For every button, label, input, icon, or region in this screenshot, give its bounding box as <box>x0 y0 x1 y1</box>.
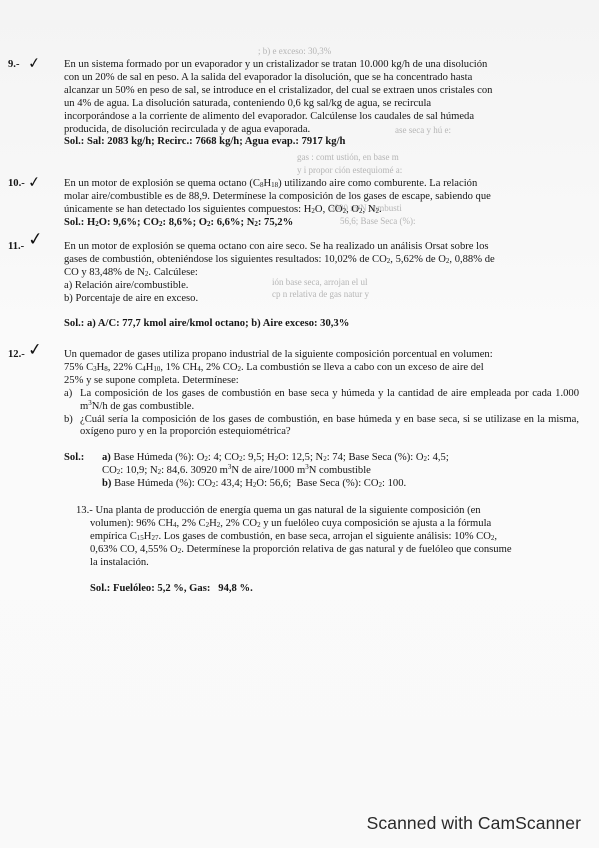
question-item-a: a) La composición de los gases de combus… <box>34 388 579 414</box>
problem-13: 13.- Una planta de producción de energía… <box>76 505 576 595</box>
question-item-b: b) ¿Cuál sería la composición de los gas… <box>34 414 579 440</box>
problem-text: En un motor de explosión se quema octano… <box>64 241 489 252</box>
problem-text-line: producida, de disolución recirculada y d… <box>34 124 579 137</box>
checkmark-icon: ✓ <box>27 55 41 71</box>
o2-value: 6,6% <box>217 217 241 228</box>
problem-text-line: gases de combustión, obteniéndose los si… <box>34 254 579 267</box>
problem-text-line: con un 20% de sal en peso. A la salida d… <box>34 72 579 85</box>
show-through-text: ; b) e exceso: 30,3% <box>258 46 331 56</box>
problem-text-line: 25% y se supone completa. Determínese: <box>34 375 579 388</box>
problem-9: ✓ 9.-En un sistema formado por un evapor… <box>34 59 579 149</box>
problem-text-line: incorporándose a la corriente de aliment… <box>34 111 579 124</box>
problem-text: CO y 83,48% de N <box>64 267 145 278</box>
item-text: ¿Cuál sería la composición de los gases … <box>80 414 579 440</box>
checkmark-icon: ✓ <box>27 230 44 249</box>
problem-text: Una planta de producción de energía quem… <box>95 505 480 516</box>
camscanner-watermark: Scanned with CamScanner <box>367 813 581 834</box>
problem-text-line: únicamente se han detectado los siguient… <box>34 204 579 217</box>
show-through-text: gas : comt ustión, en base m <box>297 152 399 162</box>
problem-text-line: un 4% de agua. La disolución saturada, c… <box>34 98 579 111</box>
problem-text: Un quemador de gases utiliza propano ind… <box>64 349 493 360</box>
problem-text: gases de combustión, obteniéndose los si… <box>64 254 387 265</box>
co2-value: 8,6% <box>169 217 193 228</box>
solution: Sol.: a) Base Húmeda (%): O2: 4; CO2: 9,… <box>34 452 579 491</box>
problem-text: . La combustión se lleva a cabo con un e… <box>241 362 484 373</box>
solution: Sol.: Fuelóleo: 5,2 %, Gas: 94,8 %. <box>76 583 576 596</box>
problem-text: . Determínese la proporción relativa de … <box>181 544 511 555</box>
problem-text-line: CO y 83,48% de N2. Calcúlese: <box>34 267 579 280</box>
problem-text-line: la instalación. <box>76 557 576 570</box>
problem-text: , 0,88% de <box>449 254 494 265</box>
problem-text: H <box>263 178 271 189</box>
scanned-page: ; b) e exceso: 30,3% ase seca y hú e: ga… <box>0 0 599 848</box>
item-text: La composición de los gases de combustió… <box>80 388 579 414</box>
checkmark-icon: ✓ <box>27 341 43 359</box>
problem-text-line: En un sistema formado por un evaporador … <box>64 59 487 70</box>
problem-text-line: volumen): 96% CH4, 2% C2H2, 2% CO2 y un … <box>76 518 576 531</box>
problem-text-line: molar aire/combustible es de 88,9. Deter… <box>34 191 579 204</box>
problem-text: En un motor de explosión se quema octano… <box>64 178 260 189</box>
solution-label: Sol.: <box>64 217 84 228</box>
problem-12: ✓ 12.-Un quemador de gases utiliza propa… <box>34 349 579 491</box>
question-item-b: b) Porcentaje de aire en exceso. <box>34 293 579 306</box>
problem-text: y un fuelóleo cuya composición se ajusta… <box>261 518 492 529</box>
problem-text-line: empírica C15H27. Los gases de combustión… <box>76 531 576 544</box>
item-label: b) <box>102 478 111 489</box>
h2o-value: 9,6% <box>113 217 137 228</box>
problem-text: . Calcúlese: <box>148 267 197 278</box>
show-through-text: y i propor ción estequiomé a: <box>297 165 402 175</box>
problem-text-line: 0,63% CO, 4,55% O2. Determínese la propo… <box>76 544 576 557</box>
solution: Sol.: H2O: 9,6%; CO2: 8,6%; O2: 6,6%; N2… <box>34 217 579 230</box>
problem-text: . Los gases de combustión, en base seca,… <box>158 531 490 542</box>
solution-text: Fuelóleo: 5,2 %, Gas: 94,8 %. <box>113 583 253 594</box>
solution: Sol.: Sal: 2083 kg/h; Recirc.: 7668 kg/h… <box>34 136 579 149</box>
item-label: b) <box>64 414 80 440</box>
solution-label: Sol.: <box>64 452 102 491</box>
solution-a-line: CO2: 10,9; N2: 84,6. 30920 m3N de aire/1… <box>102 465 579 478</box>
problem-10: ✓ 10.-En un motor de explosión se quema … <box>34 178 579 230</box>
problem-text-line: alcanzar un 50% en peso de sal, se intro… <box>34 85 579 98</box>
problem-text: ) utilizando aire como comburente. La re… <box>278 178 477 189</box>
problem-number: 13.- <box>76 505 93 516</box>
problem-11: ✓ 11.-En un motor de explosión se quema … <box>34 241 579 330</box>
solution-a-line: a) Base Húmeda (%): O2: 4; CO2: 9,5; H2O… <box>102 452 579 465</box>
item-text-part: N/h de gas combustible. <box>92 401 194 412</box>
solution-label: Sol.: <box>90 583 110 594</box>
solution: Sol.: a) A/C: 77,7 kmol aire/kmol octano… <box>34 318 579 331</box>
item-label: a) <box>64 388 80 414</box>
checkmark-icon: ✓ <box>27 174 41 190</box>
solution-b-line: b) Base Húmeda (%): CO2: 43,4; H2O: 56,6… <box>102 478 579 491</box>
problem-text-line: 75% C3H8, 22% C4H10, 1% CH4, 2% CO2. La … <box>34 362 579 375</box>
n2-value: 75,2% <box>264 217 293 228</box>
problem-text: , 5,62% de O <box>390 254 446 265</box>
question-item-a: a) Relación aire/combustible. <box>34 280 579 293</box>
item-label: a) <box>102 452 111 463</box>
